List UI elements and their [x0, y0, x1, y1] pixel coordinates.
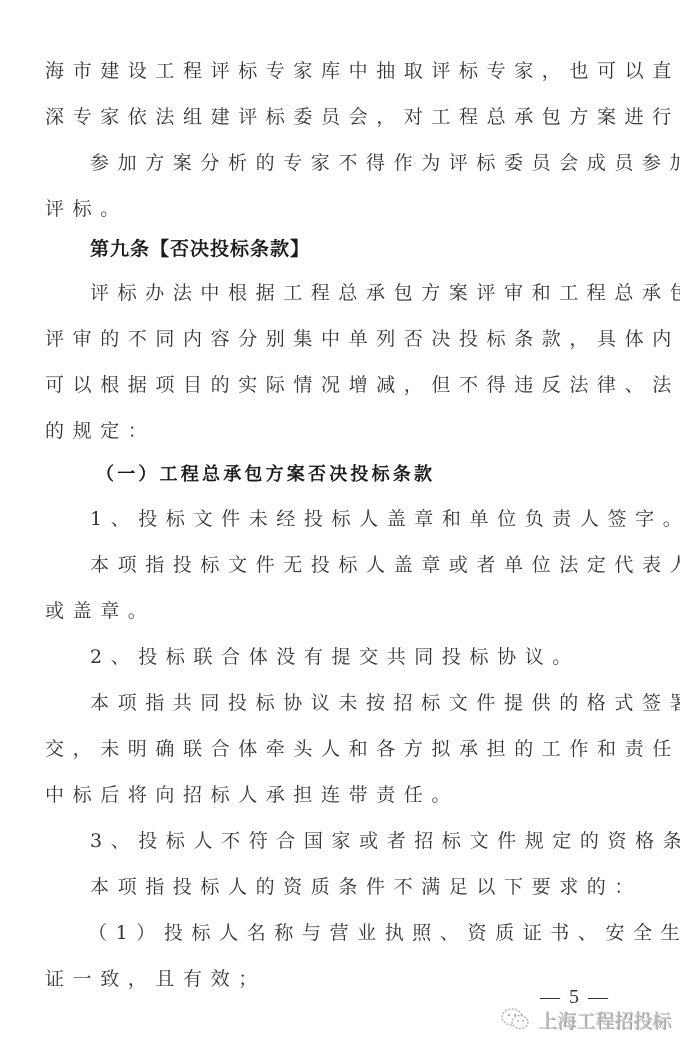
paragraph-line: 参加方案分析的专家不得作为评标委员会成员参加后续 — [90, 148, 641, 178]
list-item: 2、投标联合体没有提交共同投标协议。 — [90, 642, 641, 672]
wechat-icon — [500, 1006, 532, 1032]
paragraph-line: 的规定： — [45, 416, 641, 446]
paragraph-line: 可以根据项目的实际情况增减，但不得违反法律、法规和规章 — [45, 370, 641, 400]
paragraph-line: 海市建设工程评标专家库中抽取评标专家，也可以直接确定资 — [45, 56, 641, 86]
list-item: 1、投标文件未经投标人盖章和单位负责人签字。 — [90, 504, 641, 534]
subsection-heading: （一）工程总承包方案否决投标条款 — [96, 460, 680, 490]
paragraph-line: 本项指投标文件无投标人盖章或者单位法定代表人签字 — [90, 550, 641, 580]
paragraph-line: 交，未明确联合体牵头人和各方拟承担的工作和责任，未承诺 — [45, 734, 641, 764]
paragraph-line: 中标后将向招标人承担连带责任。 — [45, 780, 641, 810]
paragraph-line: 本项指投标人的资质条件不满足以下要求的： — [90, 872, 641, 902]
section-heading: 第九条【否决投标条款】 — [90, 234, 641, 264]
paragraph-line: 评标。 — [45, 194, 641, 224]
paragraph-line: 评标办法中根据工程总承包方案评审和工程总承包报价 — [90, 278, 641, 308]
list-item: （1）投标人名称与营业执照、资质证书、安全生产许可 — [88, 918, 680, 948]
watermark-text: 上海工程招投标 — [538, 1006, 671, 1033]
list-item: 3、投标人不符合国家或者招标文件规定的资格条件。 — [90, 826, 641, 856]
paragraph-line: 本项指共同投标协议未按招标文件提供的格式签署、提 — [90, 688, 641, 718]
watermark: 上海工程招投标 — [500, 1004, 671, 1034]
document-page: 海市建设工程评标专家库中抽取评标专家，也可以直接确定资 深专家依法组建评标委员会… — [0, 0, 680, 1046]
paragraph-line: 评审的不同内容分别集中单列否决投标条款，具体内容招标人 — [45, 324, 641, 354]
paragraph-line: 深专家依法组建评标委员会，对工程总承包方案进行评审。 — [45, 102, 641, 132]
paragraph-line: 或盖章。 — [45, 596, 641, 626]
